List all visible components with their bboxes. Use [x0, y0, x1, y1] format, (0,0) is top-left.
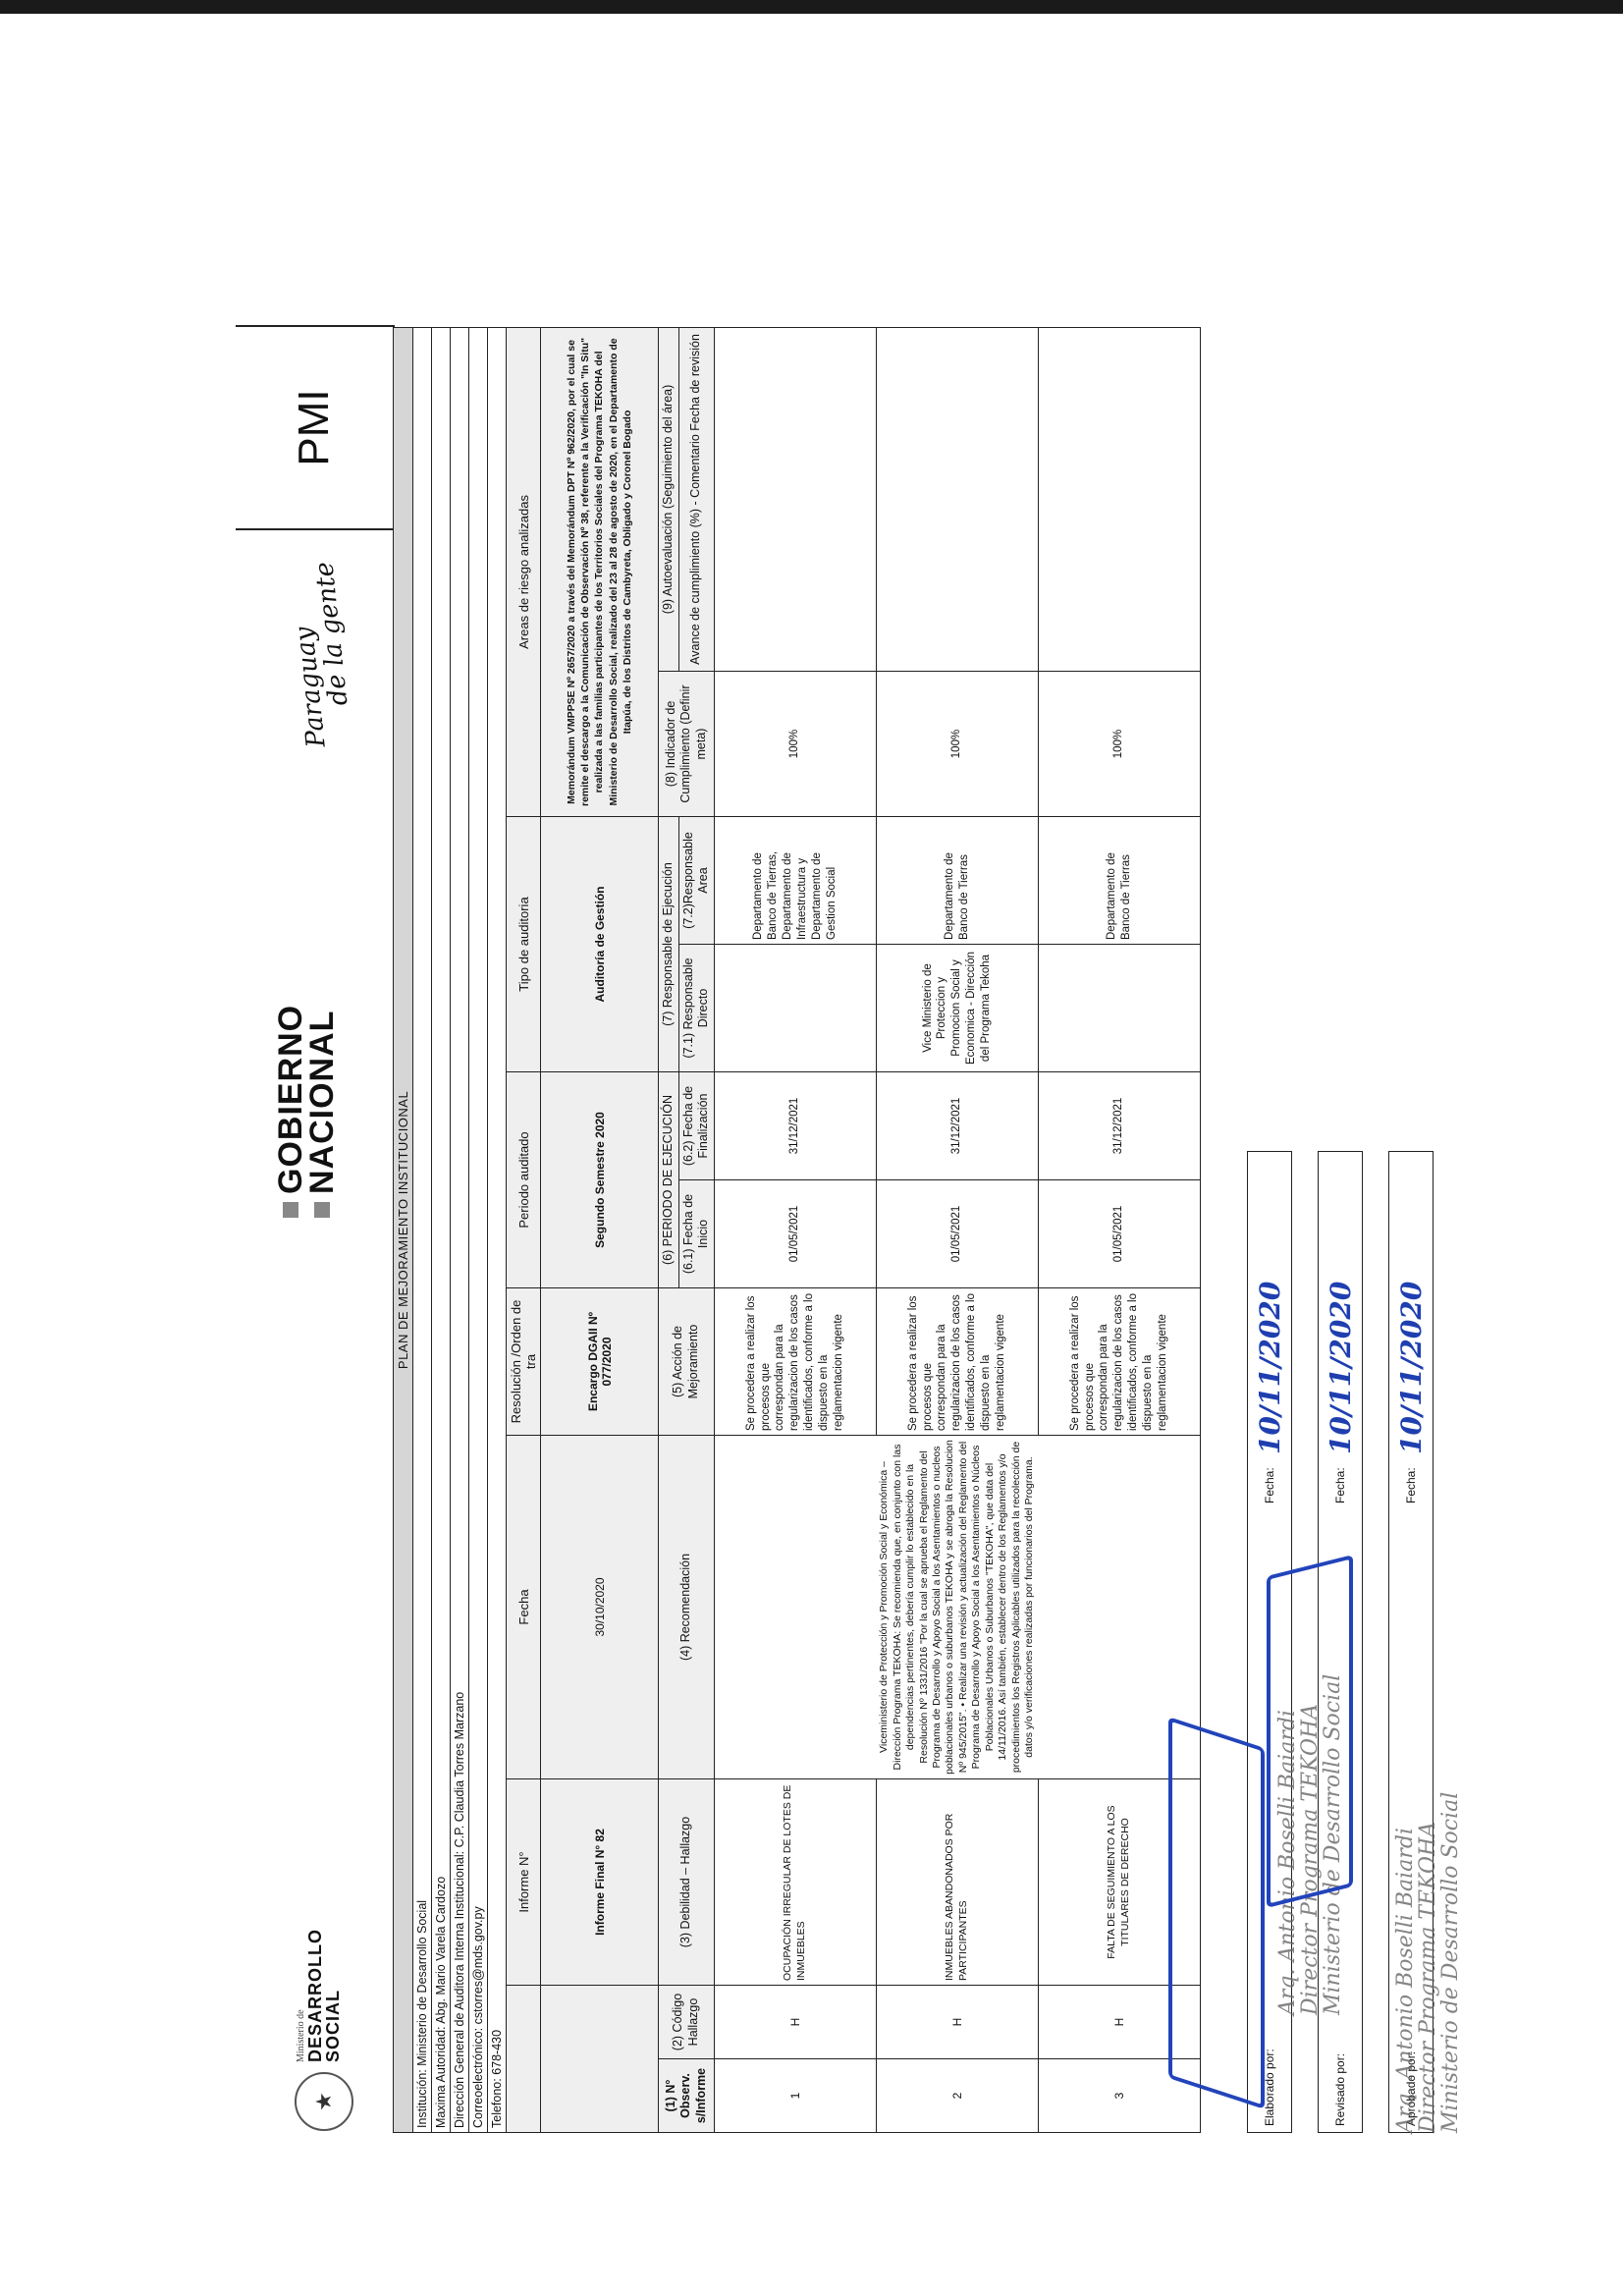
header-areas: Areas de riesgo analizadas: [507, 327, 541, 816]
handwritten-date: 10/11/2020: [1395, 1282, 1428, 1454]
col-autoevaluacion: (9) Autoevaluación (Seguimiento del área…: [659, 327, 679, 671]
ministry-logo: Ministerio de DESARROLLO SOCIAL: [297, 1929, 342, 2062]
col-accion: (5) Acción de Mejoramiento: [659, 1288, 715, 1436]
col-recomendacion: (4) Recomendación: [659, 1436, 715, 1779]
col-debilidad: (3) Debilidad – Hallazgo: [659, 1779, 715, 1986]
col-responsable: (7) Responsable de Ejecución: [659, 817, 679, 1072]
info-institucion: Institución: Ministerio de Desarrollo So…: [413, 327, 432, 2132]
informe-value: Informe Final N° 82: [541, 1779, 659, 1986]
handwritten-date: 10/11/2020: [1254, 1282, 1286, 1454]
header-tipo: Tipo de auditoria: [507, 817, 541, 1072]
table-row: 2 H INMUEBLES ABANDONADOS POR PARTICIPAN…: [876, 327, 1038, 2132]
col-fecha-inicio: (6.1) Fecha de Inicio: [678, 1180, 714, 1288]
tipo-value: Auditoría de Gestión: [541, 817, 659, 1072]
recommendation-text: Viceministerio de Protección y Promoción…: [714, 1436, 1200, 1779]
gobierno-nacional-logo: GOBIERNO NACIONAL: [275, 1005, 339, 1218]
pmi-label: PMI: [236, 325, 395, 530]
col-avance: Avance de cumplimiento (%) - Comentario …: [678, 327, 714, 671]
official-stamp: Arq. Antonio Boselli Baiardi Director Pr…: [1394, 1792, 1462, 2133]
paraguay-coat-of-arms-icon: ★: [295, 2072, 353, 2131]
fecha-value: 30/10/2020: [541, 1436, 659, 1779]
col-resp-directo: (7.1) Responsable Directo: [678, 945, 714, 1072]
signature-scribble: [1168, 1717, 1265, 2109]
periodo-value: Segundo Semestre 2020: [541, 1072, 659, 1288]
signature-section: Elaborado por: Fecha: 10/11/2020 Revisad…: [1247, 1151, 1459, 2133]
handwritten-date: 10/11/2020: [1325, 1282, 1357, 1454]
header-resolucion: Resolución /Orden de tra: [507, 1288, 541, 1436]
resolucion-value: Encargo DGAII Nº 077/2020: [541, 1288, 659, 1436]
slogan: Paraguay de la gente: [285, 561, 357, 749]
col-resp-area: (7.2)Responsable Area: [678, 817, 714, 945]
col-fecha-fin: (6.2) Fecha de Finalización: [678, 1072, 714, 1180]
col-periodo-ejecucion: (6) PERIODO DE EJECUCIÓN: [659, 1072, 679, 1288]
col-codigo: (2) Código Hallazgo: [659, 1986, 715, 2059]
header-periodo: Periodo auditado: [507, 1072, 541, 1288]
areas-value: Memorándum VMPPSE Nº 2657/2020 a través …: [541, 327, 659, 816]
form-title: PLAN DE MEJORAMIENTO INSTITUCIONAL: [394, 327, 413, 2132]
info-direccion: Dirección General de Auditora Interna In…: [451, 327, 469, 2132]
header-informe: Informe N°: [507, 1779, 541, 1986]
info-correo: Correoelectrónico: cstorres@mds.gov.py: [469, 327, 488, 2132]
header-fecha: Fecha: [507, 1436, 541, 1779]
scan-edge: [0, 0, 1623, 14]
table-row: 1 H OCUPACIÓN IRREGULAR DE LOTES DE INMU…: [714, 327, 876, 2132]
info-telefono: Telefono: 678-430: [488, 327, 507, 2132]
col-n-observ: (1) N° Observ. s/Informe: [659, 2059, 715, 2133]
col-indicador: (8) Indicador de Cumplimiento (Definir m…: [659, 672, 715, 817]
signature-scribble: [1267, 1555, 1353, 1908]
pmi-table: PLAN DE MEJORAMIENTO INSTITUCIONAL Insti…: [393, 327, 1201, 2133]
info-autoridad: Maxima Autoridad: Abg. Mario Varela Card…: [432, 327, 451, 2132]
document-page: ★ Ministerio de DESARROLLO SOCIAL GOBIER…: [236, 314, 1542, 2160]
